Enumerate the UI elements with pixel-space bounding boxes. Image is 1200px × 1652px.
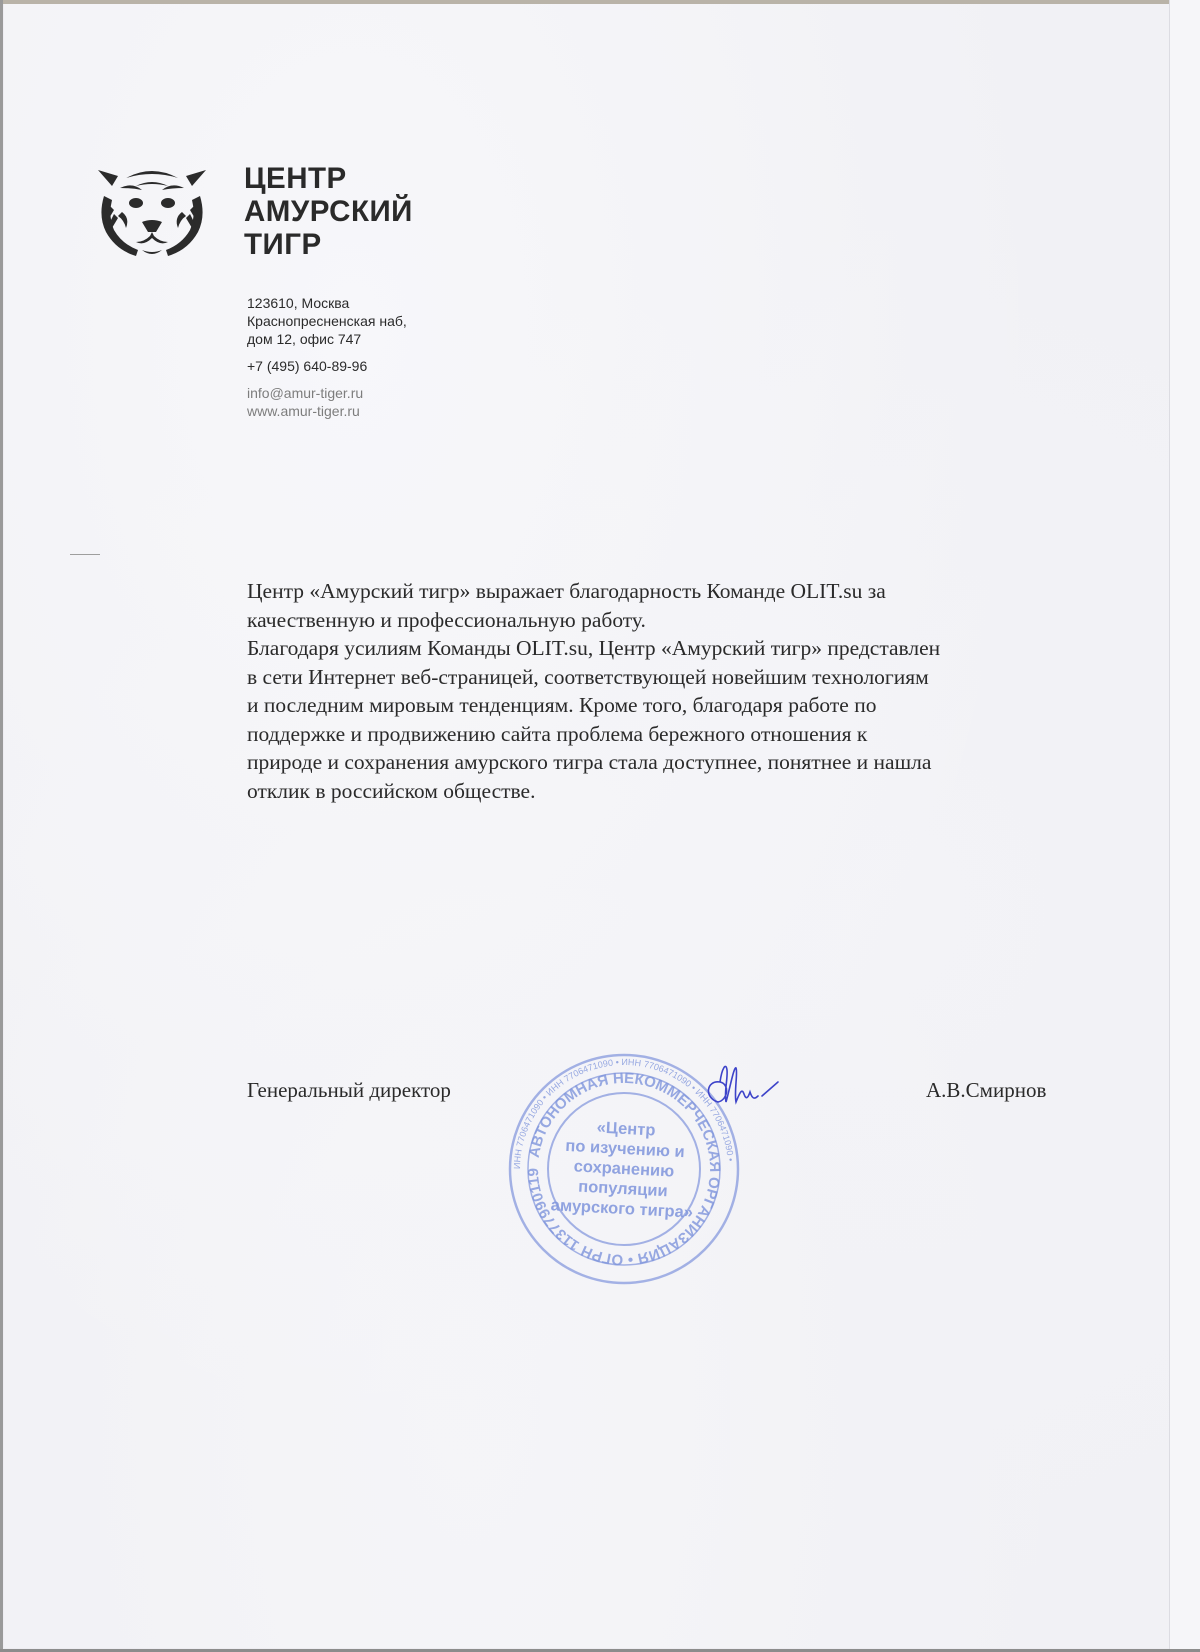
brand-name: ЦЕНТР АМУРСКИЙ ТИГР [244, 162, 413, 261]
signer-position: Генеральный директор [247, 1078, 451, 1103]
stamp-line: амурского тигра» [550, 1195, 693, 1222]
phone-number: +7 (495) 640-89-96 [247, 358, 367, 374]
scanner-bed-edge [1169, 0, 1200, 1652]
signer-name: А.В.Смирнов [926, 1078, 1046, 1103]
brand-line: АМУРСКИЙ [244, 195, 413, 228]
letter-body: Центр «Амурский тигр» выражает благодарн… [247, 577, 1067, 805]
address-line: дом 12, офис 747 [247, 330, 407, 348]
address-line: Краснопресненская наб, [247, 312, 407, 330]
letter-paragraph: Благодаря усилиям Команды OLIT.su, Центр… [247, 634, 1067, 805]
contact-web: info@amur-tiger.ru www.amur-tiger.ru [247, 384, 363, 420]
email-address: info@amur-tiger.ru [247, 384, 363, 402]
postal-address: 123610, Москва Краснопресненская наб, до… [247, 294, 407, 348]
fold-mark [70, 554, 100, 555]
handwritten-signature-icon [700, 1058, 790, 1113]
brand-line: ТИГР [244, 228, 413, 261]
address-line: 123610, Москва [247, 294, 407, 312]
letter-paragraph: Центр «Амурский тигр» выражает благодарн… [247, 577, 1067, 634]
brand-line: ЦЕНТР [244, 162, 413, 195]
tiger-head-with-hands-icon [96, 166, 208, 262]
scan-border-left [0, 0, 3, 1652]
website-url: www.amur-tiger.ru [247, 402, 363, 420]
